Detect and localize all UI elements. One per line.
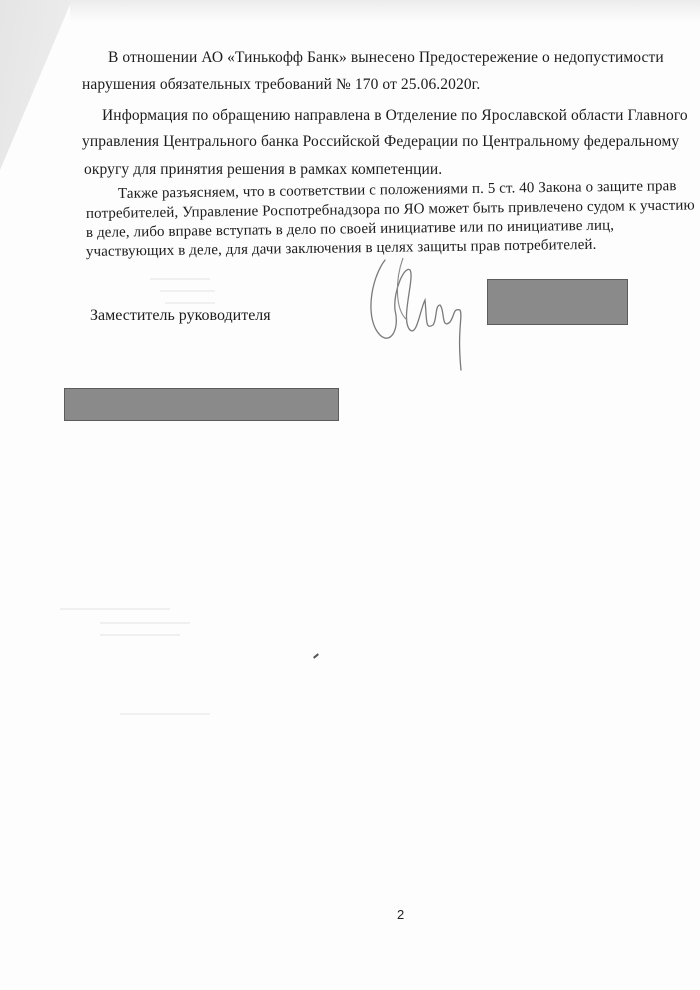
bleed-through-mark — [165, 302, 215, 304]
paragraph-2-line-1: Информация по обращению направлена в Отд… — [102, 108, 658, 124]
bleed-through-mark — [150, 278, 210, 280]
bleed-through-mark — [160, 290, 215, 292]
scan-edge-shadow — [70, 0, 700, 22]
document-page: В отношении АО «Тинькофф Банк» вынесено … — [0, 0, 700, 990]
page-fold-shadow — [0, 0, 90, 990]
paragraph-1-line-2: нарушения обязательных требований № 170 … — [82, 77, 480, 93]
page-number: 2 — [397, 907, 404, 922]
paragraph-2-line-3: округу для принятия решения в рамках ком… — [84, 162, 442, 178]
text-line: Информация по обращению направлена в Отд… — [102, 108, 658, 124]
stray-pen-mark — [313, 653, 319, 658]
signature-icon — [365, 250, 495, 380]
signatory-title: Заместитель руководителя — [90, 307, 271, 325]
bleed-through-mark — [120, 713, 210, 715]
paragraph-3-line-4: участвующих в деле, для дачи заключения … — [86, 238, 597, 260]
bleed-through-mark — [100, 634, 180, 636]
paragraph-1-line-1: В отношении АО «Тинькофф Банк» вынесено … — [108, 50, 658, 66]
text-line: В отношении АО «Тинькофф Банк» вынесено … — [108, 50, 658, 66]
bleed-through-mark — [100, 622, 190, 624]
text-line: управления Центрального банка Российской… — [82, 134, 672, 150]
bleed-through-mark — [60, 608, 170, 610]
redacted-executor-info — [64, 388, 339, 421]
redacted-signatory-name — [487, 279, 628, 325]
paragraph-2-line-2: управления Центрального банка Российской… — [82, 134, 672, 150]
